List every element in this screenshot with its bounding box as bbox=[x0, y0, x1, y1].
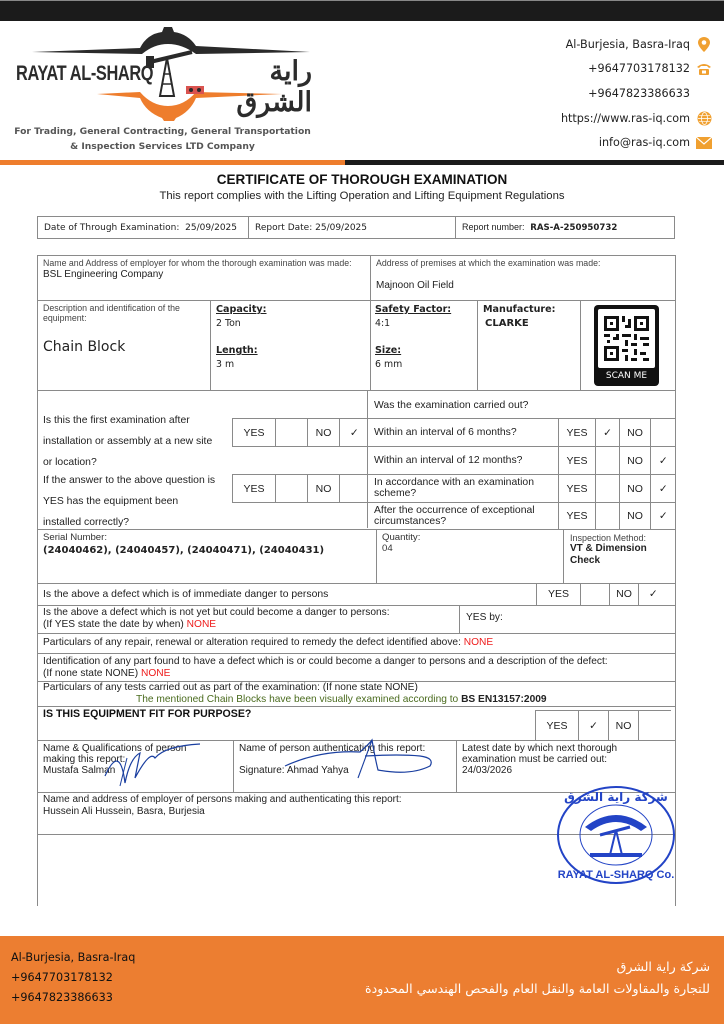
line bbox=[563, 529, 564, 583]
footer-address: Al-Burjesia, Basra-Iraq bbox=[11, 948, 135, 968]
yes-label: YES bbox=[537, 583, 581, 605]
line bbox=[233, 740, 234, 792]
carried-out-12-months-question: Within an interval of 12 months? bbox=[374, 455, 522, 466]
qr-code-icon bbox=[598, 309, 655, 368]
premises-cell: Address of premises at which the examina… bbox=[376, 258, 671, 291]
report-number-value: RAS-A-250950732 bbox=[530, 223, 617, 233]
company-stamp-icon: شركة راية الشرق RAYAT AL-SHARQ Co. bbox=[555, 785, 677, 885]
inspection-method-value: VT & Dimension Check bbox=[570, 543, 674, 567]
top-bar bbox=[0, 0, 724, 21]
no-label: NO bbox=[308, 419, 340, 447]
premises-value: Majnoon Oil Field bbox=[376, 280, 671, 291]
fit-for-purpose-yes-checkbox[interactable]: ✓ bbox=[579, 711, 609, 741]
quantity-cell: Quantity: 04 bbox=[382, 532, 420, 554]
future-danger-answer: NONE bbox=[187, 619, 216, 630]
employer-cell: Name and Address of employer for whom th… bbox=[43, 258, 365, 280]
carried-out-6-months-question: Within an interval of 6 months? bbox=[374, 427, 517, 438]
premises-label: Address of premises at which the examina… bbox=[376, 258, 671, 268]
yes-label: YES bbox=[559, 503, 596, 530]
exam-date-cell: Date of Through Examination: 25/09/2025 bbox=[38, 217, 249, 239]
footer-contacts: Al-Burjesia, Basra-Iraq +9647703178132 +… bbox=[11, 948, 135, 1008]
fit-for-purpose-question: IS THIS EQUIPMENT FIT FOR PURPOSE? bbox=[43, 708, 251, 720]
svg-text:RAYAT AL-SHARQ Co.: RAYAT AL-SHARQ Co. bbox=[558, 869, 675, 881]
inspection-method-cell: Inspection Method: VT & Dimension Check bbox=[570, 533, 674, 567]
footer-phone-1[interactable]: +9647703178132 bbox=[11, 968, 135, 988]
report-date-cell: Report Date: 25/09/2025 bbox=[249, 217, 456, 239]
description-label: Description and identification of the eq… bbox=[43, 303, 205, 323]
6-months-no-checkbox[interactable] bbox=[651, 419, 676, 447]
authenticator-cell: Name of person authenticating this repor… bbox=[239, 743, 425, 776]
exceptional-no-checkbox[interactable]: ✓ bbox=[651, 503, 676, 530]
contact-website-link[interactable]: https://www.ras-iq.com bbox=[561, 112, 690, 125]
size-value: 6 mm bbox=[375, 359, 451, 370]
line bbox=[210, 300, 211, 390]
footer-arabic-name: شركة راية الشرق للتجارة والمقاولات العام… bbox=[365, 956, 710, 1000]
logo-text-arabic: راية الشرق bbox=[204, 56, 312, 118]
employer-label: Name and Address of employer for whom th… bbox=[43, 258, 365, 268]
line bbox=[370, 255, 371, 300]
yes-label: YES bbox=[559, 447, 596, 475]
safety-factor-label: Safety Factor: bbox=[375, 304, 451, 315]
authenticator-label: Name of person authenticating this repor… bbox=[239, 743, 425, 754]
header-divider bbox=[0, 160, 724, 165]
footer-arabic-line-1: شركة راية الشرق bbox=[365, 956, 710, 978]
repair-answer: NONE bbox=[464, 637, 493, 648]
certificate-title: CERTIFICATE OF THOROUGH EXAMINATION bbox=[0, 172, 724, 187]
first-exam-q-line: Is this the first examination after bbox=[43, 410, 233, 431]
exam-date-label: Date of Through Examination: bbox=[44, 223, 179, 233]
tagline-line-2: & Inspection Services LTD Company bbox=[0, 139, 325, 154]
qr-code[interactable]: SCAN ME bbox=[594, 305, 659, 386]
envelope-icon bbox=[696, 135, 712, 151]
capacity-cell: Capacity: 2 Ton Length: 3 m bbox=[216, 304, 267, 370]
line bbox=[367, 418, 560, 419]
first-exam-q-line: installation or assembly at a new site bbox=[43, 431, 233, 452]
line bbox=[37, 529, 676, 530]
maker-label: making this report: bbox=[43, 754, 186, 765]
tagline-line-1: For Trading, General Contracting, Genera… bbox=[0, 124, 325, 139]
serial-number-value: (24040462), (24040457), (24040471), (240… bbox=[43, 545, 324, 556]
no-label: NO bbox=[308, 475, 340, 503]
description-cell: Description and identification of the eq… bbox=[43, 303, 205, 355]
report-date-value: 25/09/2025 bbox=[315, 223, 367, 233]
yes-label: YES bbox=[559, 475, 596, 503]
serial-number-cell: Serial Number: (24040462), (24040457), (… bbox=[43, 532, 324, 556]
defect-part-cell: Identification of any part found to have… bbox=[43, 656, 608, 680]
contact-phone-2: +9647823386633 bbox=[452, 81, 712, 106]
svg-text:شركة راية الشرق: شركة راية الشرق bbox=[564, 790, 668, 804]
future-danger-question: Is the above a defect which is not yet b… bbox=[43, 607, 390, 619]
inspection-method-label: Inspection Method: bbox=[570, 533, 674, 543]
line bbox=[580, 300, 581, 390]
first-exam-yes-no: YES NO ✓ bbox=[232, 418, 369, 447]
line bbox=[37, 605, 676, 606]
no-label: NO bbox=[620, 447, 651, 475]
company-tagline: For Trading, General Contracting, Genera… bbox=[0, 124, 325, 154]
report-number-cell: Report number: RAS-A-250950732 bbox=[456, 217, 675, 239]
capacity-label: Capacity: bbox=[216, 304, 267, 315]
page-footer: Al-Burjesia, Basra-Iraq +9647703178132 +… bbox=[0, 936, 724, 1024]
contact-address: Al-Burjesia, Basra-Iraq bbox=[452, 32, 712, 57]
telephone-icon bbox=[696, 61, 712, 77]
line bbox=[37, 653, 676, 654]
contact-address-text: Al-Burjesia, Basra-Iraq bbox=[566, 38, 690, 51]
line bbox=[37, 255, 676, 256]
12-months-yes-checkbox[interactable] bbox=[596, 447, 620, 475]
contact-list: Al-Burjesia, Basra-Iraq +9647703178132 +… bbox=[452, 32, 712, 155]
contact-phone-2-text[interactable]: +9647823386633 bbox=[588, 87, 690, 100]
line bbox=[459, 605, 460, 633]
certificate-subtitle: This report complies with the Lifting Op… bbox=[0, 190, 724, 202]
next-exam-label: examination must be carried out: bbox=[462, 754, 617, 765]
qr-scan-label: SCAN ME bbox=[594, 371, 659, 381]
immediate-danger-no-checkbox[interactable]: ✓ bbox=[639, 583, 668, 605]
line bbox=[456, 740, 457, 792]
company-logo: RAYAT AL-SHARQ راية الشرق bbox=[12, 26, 312, 121]
serial-number-label: Serial Number: bbox=[43, 532, 324, 543]
employer-of-persons-label: Name and address of employer of persons … bbox=[43, 794, 402, 806]
line bbox=[477, 300, 478, 390]
immediate-danger-yes-checkbox[interactable] bbox=[581, 583, 610, 605]
carried-out-heading: Was the examination carried out? bbox=[374, 400, 528, 411]
description-value: Chain Block bbox=[43, 339, 205, 355]
immediate-danger-yes-no: YES NO ✓ bbox=[536, 583, 668, 606]
next-exam-date: 24/03/2026 bbox=[462, 765, 617, 776]
installed-no-checkbox[interactable] bbox=[340, 475, 369, 503]
maker-label: Name & Qualifications of person bbox=[43, 743, 186, 754]
no-label: NO bbox=[609, 711, 639, 741]
quantity-label: Quantity: bbox=[382, 532, 420, 543]
footer-arabic-line-2: للتجارة والمقاولات العامة والنقل العام و… bbox=[365, 978, 710, 1000]
installed-q-line: If the answer to the above question is bbox=[43, 470, 233, 491]
length-label: Length: bbox=[216, 345, 267, 356]
length-value: 3 m bbox=[216, 359, 267, 370]
defect-part-answer: NONE bbox=[141, 668, 170, 679]
qr-code-area bbox=[598, 309, 655, 368]
yes-label: YES bbox=[559, 419, 596, 447]
line bbox=[37, 390, 676, 391]
line bbox=[37, 706, 676, 707]
no-label: NO bbox=[610, 583, 639, 605]
employer-of-persons-cell: Name and address of employer of persons … bbox=[43, 794, 402, 818]
safety-factor-cell: Safety Factor: 4:1 Size: 6 mm bbox=[375, 304, 451, 370]
line bbox=[367, 474, 560, 475]
future-danger-cell: Is the above a defect which is not yet b… bbox=[43, 607, 390, 631]
next-exam-cell: Latest date by which next thorough exami… bbox=[462, 743, 617, 776]
tests-answer: The mentioned Chain Blocks have been vis… bbox=[136, 694, 458, 705]
no-label: NO bbox=[620, 419, 651, 447]
future-danger-note: (If YES state the date by when) bbox=[43, 619, 184, 630]
fit-for-purpose-yes-no: YES ✓ NO bbox=[535, 710, 671, 741]
report-maker-cell: Name & Qualifications of person making t… bbox=[43, 743, 186, 776]
size-label: Size: bbox=[375, 345, 451, 356]
carried-out-scheme-question: In accordance with an examination scheme… bbox=[374, 477, 554, 499]
location-pin-icon bbox=[696, 36, 712, 52]
line bbox=[370, 300, 371, 390]
first-exam-question: Is this the first examination after inst… bbox=[43, 410, 233, 473]
yes-label: YES bbox=[233, 475, 276, 503]
safety-factor-value: 4:1 bbox=[375, 318, 451, 329]
scheme-yes-checkbox[interactable] bbox=[596, 475, 620, 503]
line bbox=[367, 390, 368, 528]
exam-date-value: 25/09/2025 bbox=[185, 223, 237, 233]
defect-part-note: (If none state NONE) bbox=[43, 668, 138, 679]
immediate-danger-question: Is the above a defect which is of immedi… bbox=[43, 589, 328, 600]
manufacture-label: Manufacture: bbox=[483, 304, 556, 315]
12-months-no-checkbox[interactable]: ✓ bbox=[651, 447, 676, 475]
yes-label: YES bbox=[536, 711, 579, 741]
report-number-label: Report number: bbox=[462, 222, 525, 232]
installed-correctly-yes-no: YES NO bbox=[232, 474, 369, 503]
contact-email: info@ras-iq.com bbox=[452, 130, 712, 155]
no-label: NO bbox=[620, 503, 651, 530]
exceptional-yes-checkbox[interactable] bbox=[596, 503, 620, 530]
repair-question: Particulars of any repair, renewal or al… bbox=[43, 637, 461, 648]
manufacture-value: CLARKE bbox=[485, 318, 556, 329]
contact-email-link[interactable]: info@ras-iq.com bbox=[599, 136, 690, 149]
maker-name: Mustafa Salman bbox=[43, 765, 186, 776]
line bbox=[37, 633, 676, 634]
globe-icon bbox=[696, 110, 712, 126]
carried-out-yes-no-grid: YES ✓ NO YES NO ✓ YES NO ✓ YES NO ✓ bbox=[558, 418, 676, 530]
yes-by-label: YES by: bbox=[466, 612, 503, 623]
6-months-yes-checkbox[interactable]: ✓ bbox=[596, 419, 620, 447]
report-date-label: Report Date: bbox=[255, 223, 312, 233]
next-exam-label: Latest date by which next thorough bbox=[462, 743, 617, 754]
tests-standard: BS EN13157:2009 bbox=[461, 694, 547, 705]
carried-out-exceptional-question: After the occurrence of exceptional circ… bbox=[374, 505, 554, 527]
employer-value: BSL Engineering Company bbox=[43, 269, 365, 280]
contact-phone-1-text[interactable]: +9647703178132 bbox=[588, 62, 690, 75]
first-exam-yes-checkbox[interactable] bbox=[276, 419, 308, 447]
capacity-value: 2 Ton bbox=[216, 318, 267, 329]
dates-table: Date of Through Examination: 25/09/2025 … bbox=[37, 216, 675, 239]
contact-phone-1: +9647703178132 bbox=[452, 57, 712, 82]
quantity-value: 04 bbox=[382, 543, 420, 554]
line bbox=[37, 740, 676, 741]
line bbox=[367, 502, 560, 503]
yes-label: YES bbox=[233, 419, 276, 447]
line bbox=[376, 529, 377, 583]
fit-for-purpose-no-checkbox[interactable] bbox=[639, 711, 671, 741]
employer-of-persons-value: Hussein Ali Hussein, Basra, Burjesia bbox=[43, 806, 402, 818]
tests-question: Particulars of any tests carried out as … bbox=[43, 682, 547, 694]
scheme-no-checkbox[interactable]: ✓ bbox=[651, 475, 676, 503]
authenticator-name: Signature: Ahmad Yahya bbox=[239, 765, 425, 776]
first-exam-no-checkbox[interactable]: ✓ bbox=[340, 419, 369, 447]
installed-q-line: YES has the equipment been bbox=[43, 491, 233, 512]
blank-icon-space bbox=[696, 85, 712, 101]
installed-correctly-question: If the answer to the above question is Y… bbox=[43, 470, 233, 533]
defect-part-question: Identification of any part found to have… bbox=[43, 656, 608, 668]
repair-cell: Particulars of any repair, renewal or al… bbox=[43, 637, 493, 648]
no-label: NO bbox=[620, 475, 651, 503]
line bbox=[367, 446, 560, 447]
tests-cell: Particulars of any tests carried out as … bbox=[43, 682, 547, 706]
manufacture-cell: Manufacture: CLARKE bbox=[483, 304, 556, 329]
contact-website: https://www.ras-iq.com bbox=[452, 106, 712, 131]
installed-yes-checkbox[interactable] bbox=[276, 475, 308, 503]
footer-phone-2[interactable]: +9647823386633 bbox=[11, 988, 135, 1008]
logo-text-english: RAYAT AL-SHARQ bbox=[16, 62, 153, 86]
